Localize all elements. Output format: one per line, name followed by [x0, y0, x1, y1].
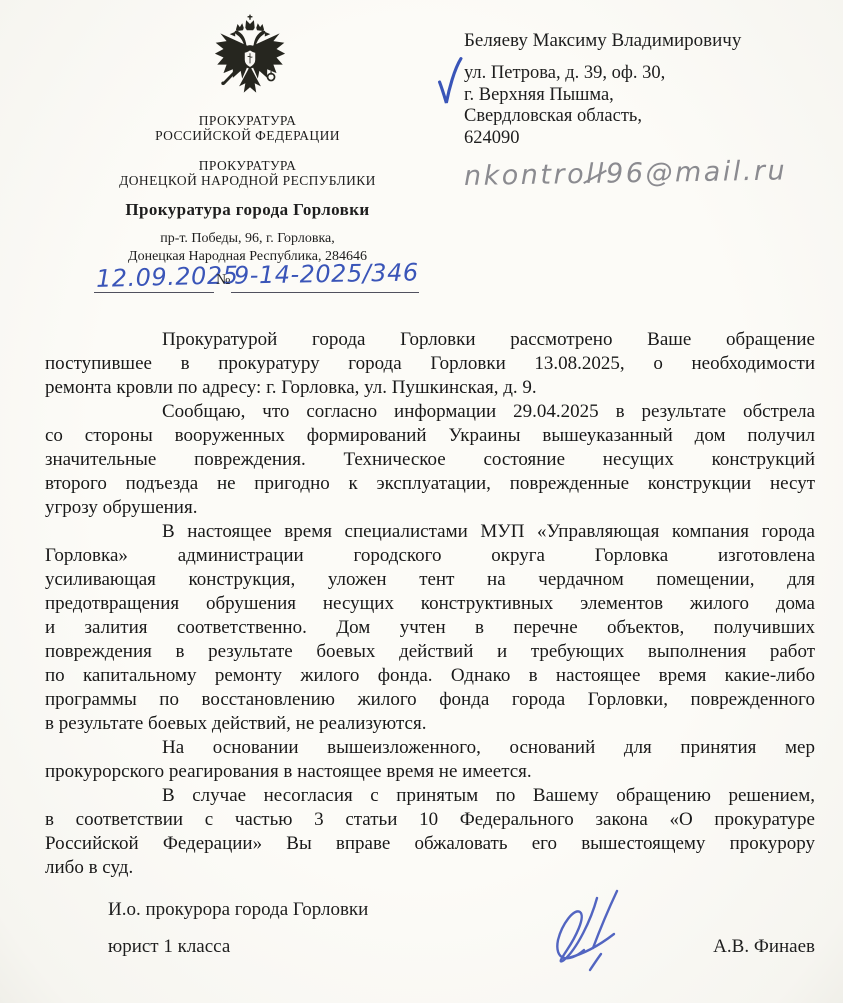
signature-scribble [546, 884, 641, 980]
body-line: второго подъезда не пригодно к эксплуата… [45, 472, 815, 496]
recipient-address-line3: Свердловская область, [464, 106, 814, 128]
signer-name: А.В. Финаев [560, 936, 815, 958]
body-paragraphs: Прокуратурой города Горловки рассмотрено… [45, 328, 815, 880]
body-line: в результате боевых действий, не реализу… [45, 712, 815, 736]
org-name-dnr: ПРОКУРАТУРА ДОНЕЦКОЙ НАРОДНОЙ РЕСПУБЛИКИ [55, 159, 440, 188]
recipient-name: Беляеву Максиму Владимировичу [464, 30, 814, 52]
email-prefix: nkontro [464, 159, 587, 192]
org-rf-line1: ПРОКУРАТУРА [55, 114, 440, 129]
body-line: Прокуратурой города Горловки рассмотрено… [45, 328, 815, 352]
body-line: ремонта кровли по адресу: г. Горловка, у… [45, 376, 815, 400]
org-dnr-line1: ПРОКУРАТУРА [55, 159, 440, 174]
email-suffix: 96@mail.ru [606, 155, 788, 189]
date-underline [94, 292, 214, 293]
body-line: прокурорского реагирования в настоящее в… [45, 760, 815, 784]
body-line: со стороны вооруженных формирований Укра… [45, 424, 815, 448]
body-line: поступившее в прокуратуру города Горловк… [45, 352, 815, 376]
body-line: На основании вышеизложенного, оснований … [45, 736, 815, 760]
handwritten-email: nkontroll96@mail.ru [464, 155, 814, 192]
org-rf-line2: РОССИЙСКОЙ ФЕДЕРАЦИИ [55, 129, 440, 144]
body-line: повреждения в результате боевых действий… [45, 640, 815, 664]
recipient-address-line2: г. Верхняя Пышма, [464, 85, 814, 107]
signer-position-line1: И.о. прокурора города Горловки [108, 899, 368, 921]
body-line: В случае несогласия с принятым по Вашему… [45, 784, 815, 808]
body-line: предотвращения обрушения несущих констру… [45, 592, 815, 616]
body-line: В настоящее время специалистами МУП «Упр… [45, 520, 815, 544]
office-address-line1: пр-т. Победы, 96, г. Горловка, [55, 230, 440, 248]
office-name: Прокуратура города Горловки [55, 200, 440, 220]
body-line: либо в суд. [45, 856, 815, 880]
body-line: в соответствии с частью 3 статьи 10 Феде… [45, 808, 815, 832]
recipient-block: Беляеву Максиму Владимировичу ул. Петров… [464, 30, 814, 189]
check-mark-icon [436, 56, 464, 106]
body-line: усиливающая конструкция, уложен тент на … [45, 568, 815, 592]
org-dnr-line2: ДОНЕЦКОЙ НАРОДНОЙ РЕСПУБЛИКИ [55, 174, 440, 189]
body-line: значительные повреждения. Техническое со… [45, 448, 815, 472]
body-line: по капитальному ремонту жилого фонда. Од… [45, 664, 815, 688]
body-line: Горловка» администрации городского округ… [45, 544, 815, 568]
org-name-rf: ПРОКУРАТУРА РОССИЙСКОЙ ФЕДЕРАЦИИ [55, 114, 440, 143]
recipient-address: ул. Петрова, д. 39, оф. 30, г. Верхняя П… [464, 63, 814, 149]
number-sign-label: № [216, 272, 230, 289]
body-line: программы по восстановлению жилого фонда… [45, 688, 815, 712]
scanned-letter-page: ПРОКУРАТУРА РОССИЙСКОЙ ФЕДЕРАЦИИ ПРОКУРА… [0, 0, 843, 1003]
handwritten-outgoing-number: 9-14-2025/346 [234, 258, 419, 289]
signer-position-line2: юрист 1 класса [108, 936, 230, 958]
body-line: Сообщаю, что согласно информации 29.04.2… [45, 400, 815, 424]
email-crossed-letters: ll [586, 159, 607, 190]
body-line: угрозу обрушения. [45, 496, 815, 520]
number-underline [231, 292, 419, 293]
recipient-address-line1: ул. Петрова, д. 39, оф. 30, [464, 63, 814, 85]
recipient-address-line4: 624090 [464, 128, 814, 150]
body-line: Российской Федерации» Вы вправе обжалова… [45, 832, 815, 856]
coat-of-arms-icon [211, 13, 289, 99]
body-line: и залития соответственно. Дом учтен в пе… [45, 616, 815, 640]
